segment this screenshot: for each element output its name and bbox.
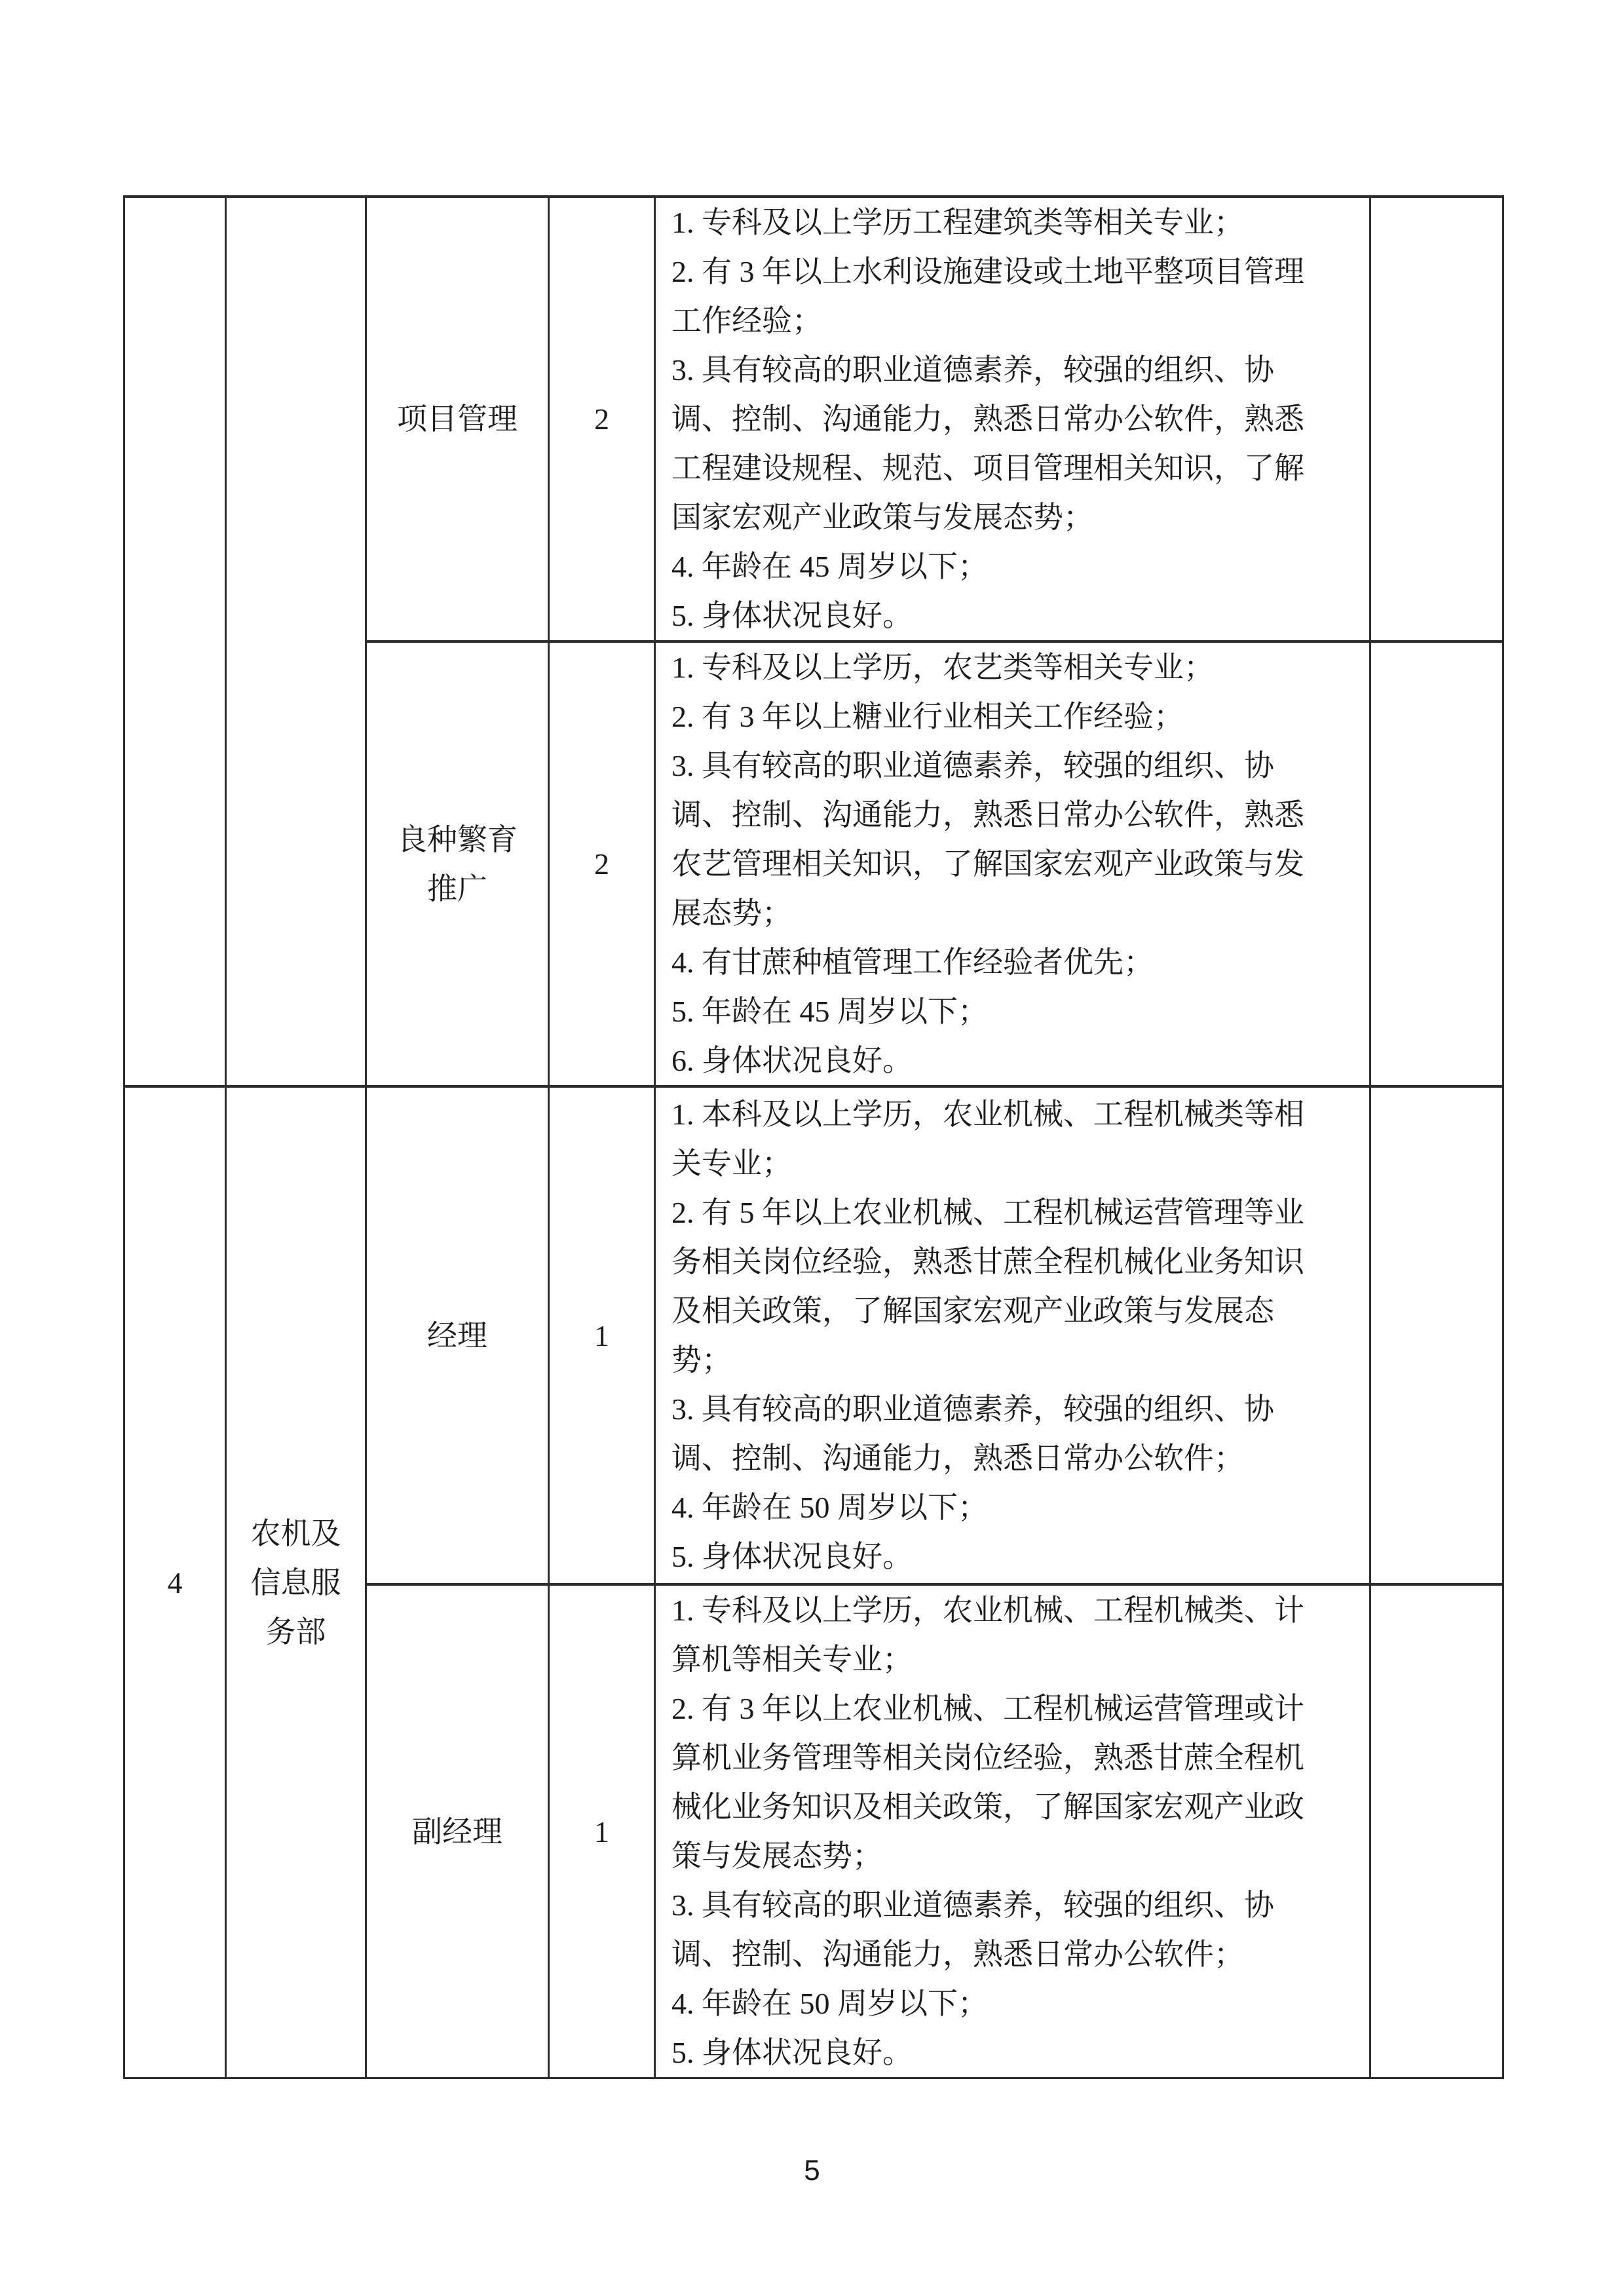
cell-headcount: 2 — [549, 197, 655, 641]
cell-headcount: 1 — [549, 1086, 655, 1584]
cell-department: 农机及 信息服 务部 — [226, 1086, 366, 2078]
cell-department-continued — [226, 197, 366, 1086]
table-row-project-management: 项目管理 2 1. 专科及以上学历工程建筑类等相关专业； 2. 有 3 年以上水… — [124, 197, 1503, 641]
cell-remark — [1370, 1086, 1503, 1584]
cell-headcount: 2 — [549, 641, 655, 1086]
document-page: 项目管理 2 1. 专科及以上学历工程建筑类等相关专业； 2. 有 3 年以上水… — [0, 0, 1624, 2296]
cell-requirements: 1. 专科及以上学历工程建筑类等相关专业； 2. 有 3 年以上水利设施建设或土… — [655, 197, 1370, 641]
cell-remark — [1370, 641, 1503, 1086]
cell-position: 项目管理 — [366, 197, 549, 641]
cell-headcount: 1 — [549, 1584, 655, 2078]
table-row-manager: 4 农机及 信息服 务部 经理 1 1. 本科及以上学历，农业机械、工程机械类等… — [124, 1086, 1503, 1584]
cell-seq: 4 — [124, 1086, 226, 2078]
cell-position: 良种繁育 推广 — [366, 641, 549, 1086]
recruitment-table: 项目管理 2 1. 专科及以上学历工程建筑类等相关专业； 2. 有 3 年以上水… — [123, 195, 1504, 2079]
cell-position: 副经理 — [366, 1584, 549, 2078]
cell-seq-continued — [124, 197, 226, 1086]
cell-requirements: 1. 本科及以上学历，农业机械、工程机械类等相 关专业； 2. 有 5 年以上农… — [655, 1086, 1370, 1584]
cell-remark — [1370, 1584, 1503, 2078]
cell-requirements: 1. 专科及以上学历，农艺类等相关专业； 2. 有 3 年以上糖业行业相关工作经… — [655, 641, 1370, 1086]
cell-position: 经理 — [366, 1086, 549, 1584]
page-number: 5 — [0, 2154, 1624, 2187]
cell-requirements: 1. 专科及以上学历，农业机械、工程机械类、计 算机等相关专业； 2. 有 3 … — [655, 1584, 1370, 2078]
cell-remark — [1370, 197, 1503, 641]
